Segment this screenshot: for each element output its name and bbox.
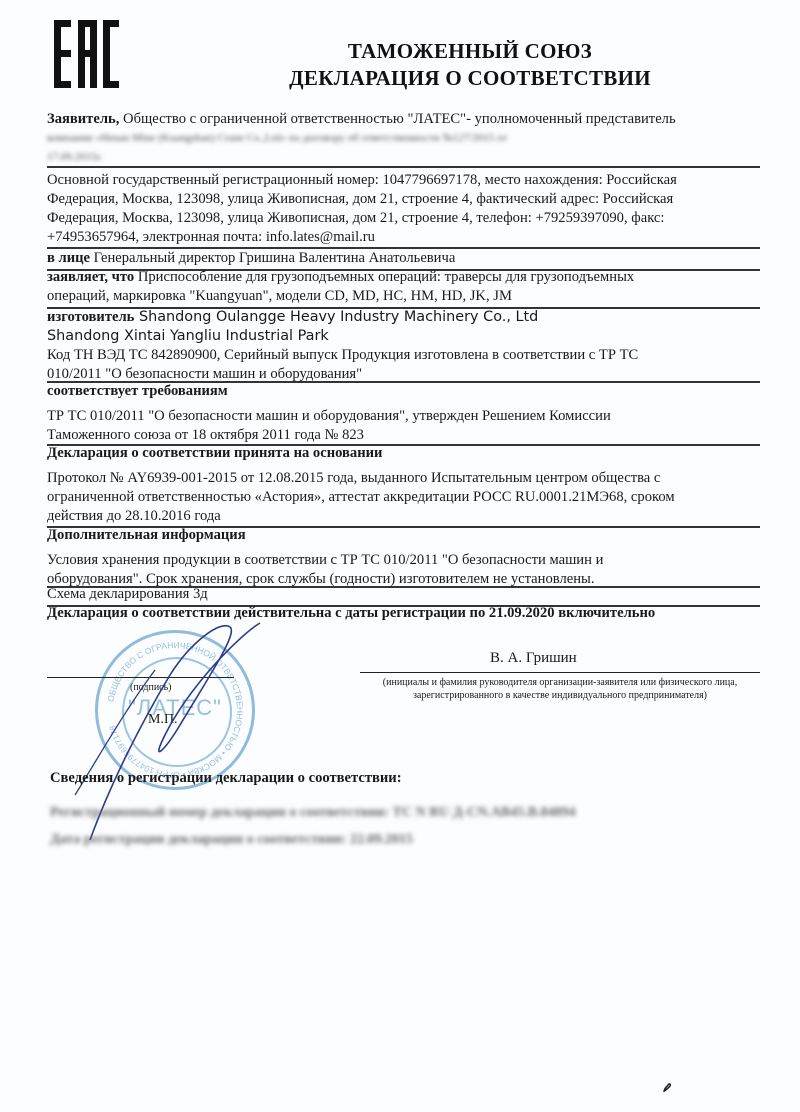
manufacturer-name: Shandong Oulangge Heavy Industry Machine… [134,309,538,325]
signature-line [47,677,234,678]
additional-heading: Дополнительная информация [47,526,760,545]
complies-section: соответствует требованиям ТР ТС 010/2011… [47,382,760,445]
declares-label: заявляет, что [47,269,134,285]
basis-line1: Протокол № AY6939-001-2015 от 12.08.2015… [47,469,760,488]
signer-caption: (инициалы и фамилия руководителя организ… [352,676,768,702]
applicant-label: Заявитель, [47,111,119,127]
signer-line [360,672,760,673]
manufacturer-line3: Код ТН ВЭД ТС 842890900, Серийный выпуск… [47,346,760,365]
complies-heading: соответствует требованиям [47,382,760,401]
document-title: ТАМОЖЕННЫЙ СОЮЗ ДЕКЛАРАЦИЯ О СООТВЕТСТВИ… [170,38,770,92]
signer-caption-line1: (инициалы и фамилия руководителя организ… [352,676,768,689]
represented-by-text: Генеральный директор Гришина Валентина А… [90,250,455,266]
registration-line1: Основной государственный регистрационный… [47,171,760,190]
registration-line2: Федерация, Москва, 123098, улица Живопис… [47,190,760,209]
manufacturer-section: изготовитель Shandong Oulangge Heavy Ind… [47,308,760,384]
scheme: Схема декларирования 3д [47,585,760,604]
represented-by-label: в лице [47,250,90,266]
company-stamp: ОБЩЕСТВО С ОГРАНИЧЕННОЙ ОТВЕТСТВЕННОСТЬЮ… [95,630,255,790]
additional-section: Дополнительная информация Условия хранен… [47,526,760,589]
signer-name: В. А. Гришин [490,650,577,667]
declares-section: заявляет, что Приспособление для грузопо… [47,268,760,306]
ink-mark-icon [662,1082,672,1094]
declares-line1: Приспособление для грузоподъемных операц… [134,269,634,285]
registration-info-heading: Сведения о регистрации декларации о соот… [50,770,402,787]
divider [47,166,760,168]
eac-logo-icon [52,20,120,88]
complies-line2: Таможенного союза от 18 октября 2011 год… [47,426,760,445]
additional-line1: Условия хранения продукции в соответстви… [47,551,760,570]
signer-caption-line2: зарегистрированного в качестве индивидуа… [352,689,768,702]
applicant-section: Заявитель, Общество с ограниченной ответ… [47,110,760,167]
applicant-text: Общество с ограниченной ответственностью… [119,111,675,127]
basis-line2: ограниченной ответственностью «Астория»,… [47,488,760,507]
basis-heading: Декларация о соответствии принята на осн… [47,444,760,463]
registration-date-blurred: Дата регистрации декларации о соответств… [50,832,413,848]
basis-line3: действия до 28.10.2016 года [47,507,760,526]
manufacturer-address: Shandong Xintai Yangliu Industrial Park [47,327,760,346]
declares-line2: операций, маркировка "Kuangyuan", модели… [47,287,760,306]
represented-by-section: в лице Генеральный директор Гришина Вале… [47,249,760,268]
applicant-blurred-line2: 17.09.2015г. [47,148,760,167]
registration-number-blurred: Регистрационный номер декларации о соотв… [50,805,576,821]
seal-place-label: М.П. [148,712,178,728]
signature-label: (подпись) [130,682,172,693]
registration-section: Основной государственный регистрационный… [47,171,760,247]
title-declaration: ДЕКЛАРАЦИЯ О СООТВЕТСТВИИ [170,65,770,92]
manufacturer-label: изготовитель [47,309,134,325]
applicant-blurred-line1: компании «Henan Mine (Kuangshan) Crane C… [47,129,760,148]
title-customs-union: ТАМОЖЕННЫЙ СОЮЗ [170,38,770,65]
basis-section: Декларация о соответствии принята на осн… [47,444,760,526]
registration-line3: Федерация, Москва, 123098, улица Живопис… [47,209,760,228]
validity: Декларация о соответствии действительна … [47,604,760,623]
registration-line4: +74953657964, электронная почта: info.la… [47,228,760,247]
complies-line1: ТР ТС 010/2011 "О безопасности машин и о… [47,407,760,426]
